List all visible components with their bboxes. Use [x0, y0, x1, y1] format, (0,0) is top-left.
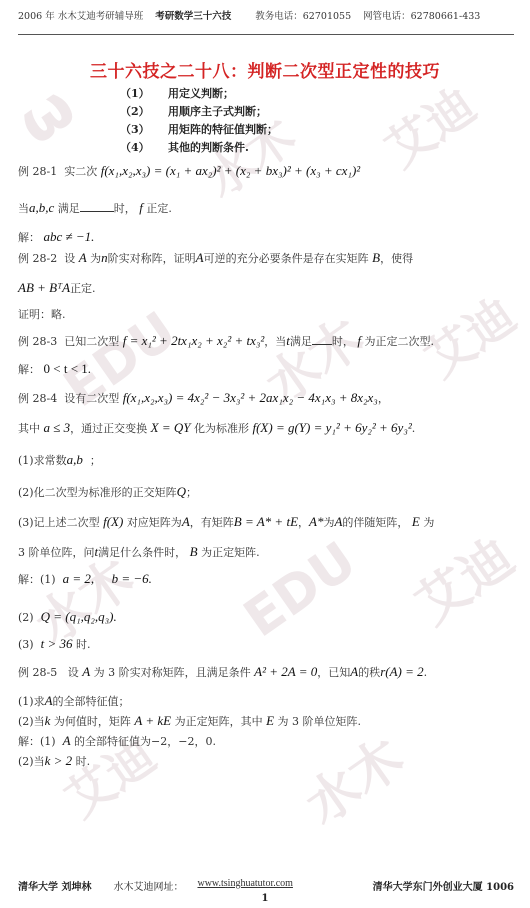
footer-site-label: 水木艾迪网址： [113, 878, 183, 893]
footer-address: 清华大学东门外创业大厦 1006 [373, 878, 514, 893]
header-phone-admin: 网管电话：62780661-433 [363, 8, 480, 22]
header-org: 水木艾迪考研辅导班 [58, 8, 144, 22]
header-series: 考研数学三十六技 [155, 8, 231, 22]
example-28-2-proof: 证明：略. [18, 306, 66, 322]
watermark: 艾迪 [369, 69, 487, 181]
example-28-3-solution: 解： 0 < t < 1. [18, 361, 91, 377]
example-28-3-statement: 例 28-3 已知二次型 f = x₁² + 2tx₁x₂ + x₂² + tx… [18, 333, 434, 349]
method-item: （4）其他的判断条件. [120, 139, 278, 157]
header-rule [18, 34, 514, 35]
example-28-4-condition: 其中 a ≤ 3，通过正交变换 X = QY 化为标准形 f(X) = g(Y)… [18, 420, 415, 436]
example-28-1-solution: 解： abc ≠ −1. [18, 229, 94, 245]
example-28-4-solution-1: 解：(1) a = 2, b = −6. [18, 571, 152, 587]
example-28-5-solution-2: (2)当k > 2 时. [18, 753, 90, 769]
example-28-5-statement: 例 28-5 设 A 为 3 阶实对称矩阵，且满足条件 A² + 2A = 0，… [18, 664, 427, 680]
watermark: ω [5, 71, 88, 158]
method-item: （3）用矩阵的特征值判断； [120, 121, 278, 139]
answer-blank [312, 334, 332, 345]
footer-author: 清华大学 刘坤林 [18, 878, 91, 893]
watermark: 水木 [288, 717, 416, 838]
page-title: 三十六技之二十八：判断二次型正定性的技巧 [0, 57, 530, 82]
example-28-4-solution-3: (3) t > 36 时. [18, 636, 90, 652]
example-28-4-question-3-cont: 3 阶单位阵，问t满足什么条件时， B 为正定矩阵. [18, 544, 260, 560]
page-footer: 清华大学 刘坤林 水木艾迪网址： www.tsinghuatutor.com 清… [18, 878, 514, 893]
example-28-5-question-1: (1)求A的全部特征值； [18, 693, 130, 709]
header-phone-academic: 教务电话：62701055 [255, 8, 351, 22]
footer-url-link[interactable]: www.tsinghuatutor.com [197, 878, 292, 893]
example-28-5-solution-1: 解：(1) A 的全部特征值为−2，−2，0. [18, 733, 216, 749]
example-28-1-statement: 例 28-1 实二次 f(x₁,x₂,x₃) = (x₁ + ax₂)² + (… [18, 163, 360, 179]
example-28-5-question-2: (2)当k 为何值时，矩阵 A + kE 为正定矩阵，其中 E 为 3 阶单位矩… [18, 713, 361, 729]
method-list: （1）用定义判断； （2）用顺序主子式判断； （3）用矩阵的特征值判断； （4）… [120, 85, 278, 157]
example-28-4-question-1: (1)求常数a,b ； [18, 452, 101, 468]
example-28-4-solution-2: (2) Q = (q₁,q₂,q₃). [18, 609, 117, 625]
method-item: （2）用顺序主子式判断； [120, 103, 278, 121]
example-28-2-formula-line: AB + BᵀA正定. [18, 280, 96, 296]
page-header: 2006 年 水木艾迪考研辅导班 考研数学三十六技 教务电话：62701055 … [18, 8, 514, 22]
header-year: 2006 年 [18, 8, 55, 22]
example-28-2-statement: 例 28-2 设 A 为n阶实对称阵，证明A可逆的充分必要条件是存在实矩阵 B，… [18, 250, 413, 266]
formula: f(x₁,x₂,x₃) = (x₁ + ax₂)² + (x₂ + bx₃)² … [101, 163, 360, 178]
page-number: 1 [0, 893, 530, 904]
method-item: （1）用定义判断； [120, 85, 278, 103]
answer-blank [80, 201, 114, 212]
example-28-4-question-3: (3)记上述二次型 f(X) 对应矩阵为A，有矩阵B = A* + tE，A*为… [18, 514, 434, 530]
example-28-1-question: 当a,b,c 满足时， f 正定. [18, 200, 172, 216]
example-28-4-question-2: (2)化二次型为标准形的正交矩阵Q； [18, 484, 197, 500]
watermark: 艾迪 [398, 517, 526, 638]
example-28-4-statement: 例 28-4 设有二次型 f(x₁,x₂,x₃) = 4x₂² − 3x₃² +… [18, 390, 389, 406]
